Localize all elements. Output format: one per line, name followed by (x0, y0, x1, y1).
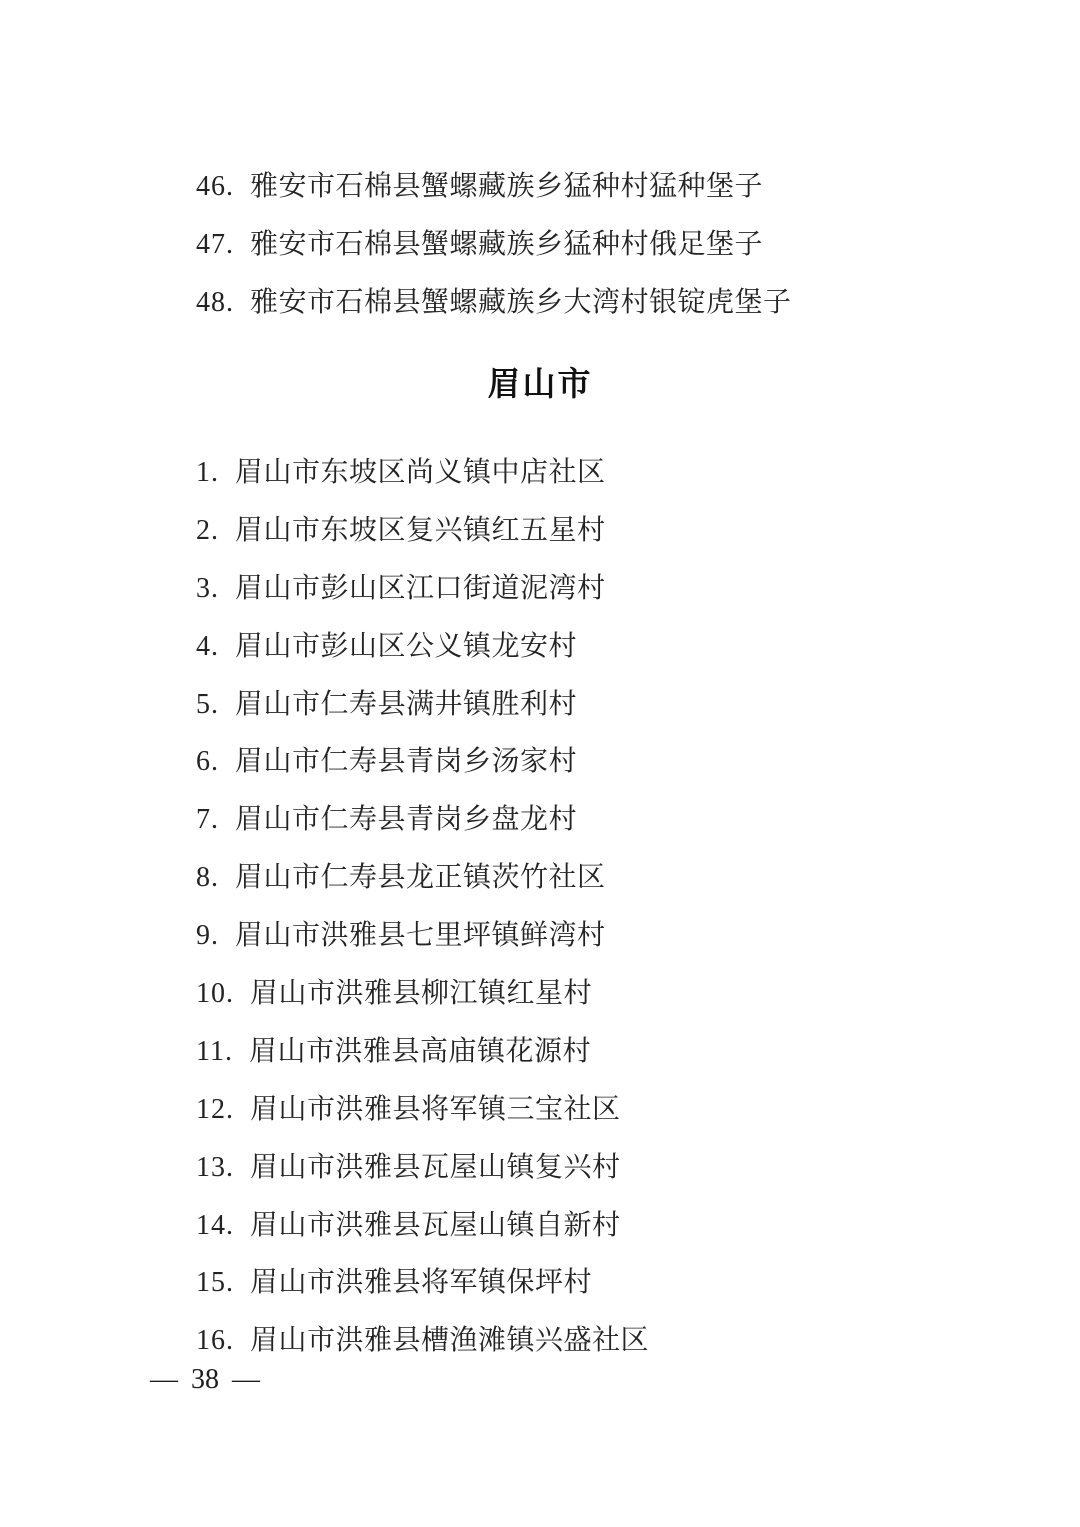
list-item-number: 8. (196, 864, 219, 892)
list-item-number: 15. (196, 1269, 234, 1297)
list-item-text: 眉山市彭山区江口街道泥湾村 (235, 575, 606, 603)
list-item-number: 7. (196, 806, 219, 834)
list-item-number: 4. (196, 633, 219, 661)
list-item: 47. 雅安市石棉县蟹螺藏族乡猛种村俄足堡子 (0, 216, 1080, 274)
list-item: 9. 眉山市洪雅县七里坪镇鲜湾村 (0, 907, 1080, 965)
list-item-number: 16. (196, 1327, 234, 1355)
list-item: 4. 眉山市彭山区公义镇龙安村 (0, 618, 1080, 676)
document-page: 46. 雅安市石棉县蟹螺藏族乡猛种村猛种堡子 47. 雅安市石棉县蟹螺藏族乡猛种… (0, 0, 1080, 1527)
list-item: 6. 眉山市仁寿县青岗乡汤家村 (0, 733, 1080, 791)
list-item: 7. 眉山市仁寿县青岗乡盘龙村 (0, 791, 1080, 849)
list-item: 10. 眉山市洪雅县柳江镇红星村 (0, 965, 1080, 1023)
list-item: 48. 雅安市石棉县蟹螺藏族乡大湾村银锭虎堡子 (0, 274, 1080, 332)
list-item-text: 眉山市洪雅县将军镇保坪村 (250, 1269, 592, 1297)
list-item-text: 眉山市洪雅县将军镇三宝社区 (250, 1096, 621, 1124)
list-item: 11. 眉山市洪雅县高庙镇花源村 (0, 1023, 1080, 1081)
list-item: 13. 眉山市洪雅县瓦屋山镇复兴村 (0, 1139, 1080, 1197)
list-item: 46. 雅安市石棉县蟹螺藏族乡猛种村猛种堡子 (0, 158, 1080, 216)
list-item-text: 雅安市石棉县蟹螺藏族乡大湾村银锭虎堡子 (250, 289, 792, 317)
section-title-meishan: 眉山市 (0, 366, 1080, 402)
list-item: 14. 眉山市洪雅县瓦屋山镇自新村 (0, 1197, 1080, 1255)
list-item-text: 眉山市洪雅县瓦屋山镇自新村 (250, 1212, 621, 1240)
list-item-number: 47. (196, 231, 234, 259)
list-item-text: 眉山市仁寿县青岗乡汤家村 (235, 748, 577, 776)
list-item-text: 雅安市石棉县蟹螺藏族乡猛种村猛种堡子 (250, 173, 763, 201)
list-item-number: 10. (196, 980, 234, 1008)
list-item-text: 眉山市彭山区公义镇龙安村 (235, 633, 577, 661)
meishan-list: 1. 眉山市东坡区尚义镇中店社区 2. 眉山市东坡区复兴镇红五星村 3. 眉山市… (0, 444, 1080, 1370)
list-item-text: 雅安市石棉县蟹螺藏族乡猛种村俄足堡子 (250, 231, 763, 259)
page-number: — 38 — (150, 1362, 260, 1398)
list-item-number: 48. (196, 289, 234, 317)
list-item-number: 14. (196, 1212, 234, 1240)
list-item-number: 6. (196, 748, 219, 776)
list-item-text: 眉山市仁寿县满井镇胜利村 (235, 691, 577, 719)
list-item-number: 1. (196, 459, 219, 487)
list-item-text: 眉山市东坡区复兴镇红五星村 (235, 517, 606, 545)
list-item: 15. 眉山市洪雅县将军镇保坪村 (0, 1254, 1080, 1312)
list-item-text: 眉山市洪雅县七里坪镇鲜湾村 (235, 922, 606, 950)
list-item-number: 2. (196, 517, 219, 545)
list-item-text: 眉山市洪雅县瓦屋山镇复兴村 (250, 1154, 621, 1182)
list-item-text: 眉山市东坡区尚义镇中店社区 (235, 459, 606, 487)
list-item-number: 12. (196, 1096, 234, 1124)
list-item: 5. 眉山市仁寿县满井镇胜利村 (0, 676, 1080, 734)
list-item-number: 9. (196, 922, 219, 950)
list-item-text: 眉山市仁寿县青岗乡盘龙村 (235, 806, 577, 834)
list-item: 12. 眉山市洪雅县将军镇三宝社区 (0, 1081, 1080, 1139)
list-item-number: 11. (196, 1038, 233, 1066)
list-item: 2. 眉山市东坡区复兴镇红五星村 (0, 502, 1080, 560)
list-item: 1. 眉山市东坡区尚义镇中店社区 (0, 444, 1080, 502)
list-item-text: 眉山市洪雅县高庙镇花源村 (249, 1038, 591, 1066)
list-item-text: 眉山市洪雅县柳江镇红星村 (250, 980, 592, 1008)
list-item-text: 眉山市洪雅县槽渔滩镇兴盛社区 (250, 1327, 649, 1355)
list-item-text: 眉山市仁寿县龙正镇茨竹社区 (235, 864, 606, 892)
list-item-number: 13. (196, 1154, 234, 1182)
yaan-list-tail: 46. 雅安市石棉县蟹螺藏族乡猛种村猛种堡子 47. 雅安市石棉县蟹螺藏族乡猛种… (0, 158, 1080, 332)
list-item: 3. 眉山市彭山区江口街道泥湾村 (0, 560, 1080, 618)
list-item: 8. 眉山市仁寿县龙正镇茨竹社区 (0, 849, 1080, 907)
list-item-number: 46. (196, 173, 234, 201)
list-item-number: 5. (196, 691, 219, 719)
list-item-number: 3. (196, 575, 219, 603)
